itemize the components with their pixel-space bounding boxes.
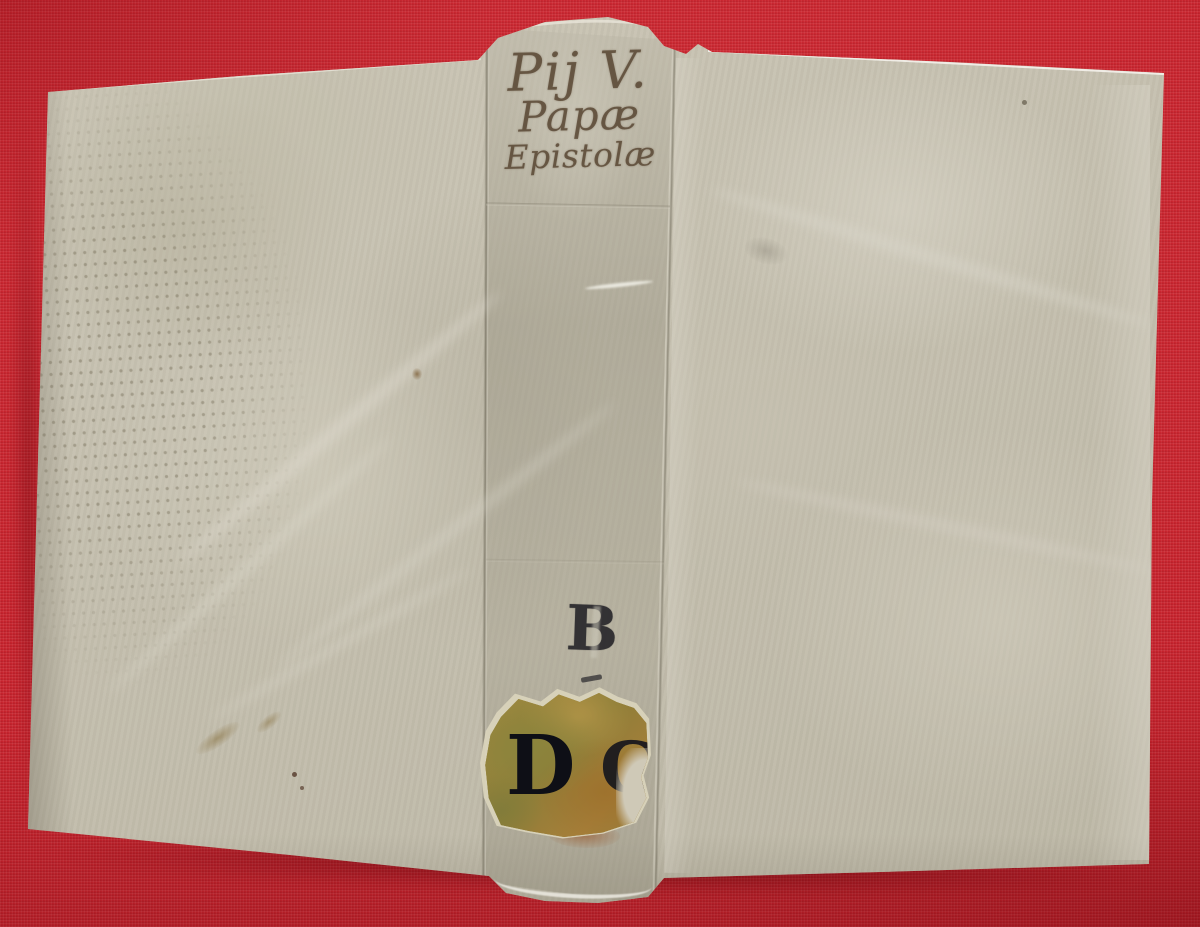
shelf-label-remnant: D G — [480, 690, 655, 840]
vellum-book: Pij V. Papæ Epistolæ B D G — [0, 0, 1200, 927]
photo-of-vellum-book: Pij V. Papæ Epistolæ B D G — [0, 0, 1200, 927]
top-edge-highlight-right — [708, 50, 1166, 75]
dark-speck — [292, 772, 297, 777]
dark-speck — [1022, 100, 1027, 105]
spine-title-line-3: Epistolæ — [485, 137, 676, 175]
dark-speck — [300, 786, 304, 790]
label-lettering: D G — [480, 690, 655, 840]
label-letter-d: D — [506, 717, 575, 814]
right-foredge-turnin-highlight — [1092, 85, 1150, 860]
brown-spot — [412, 368, 422, 380]
spine-title: Pij V. Papæ Epistolæ — [482, 44, 675, 175]
gray-smudge — [741, 233, 790, 270]
